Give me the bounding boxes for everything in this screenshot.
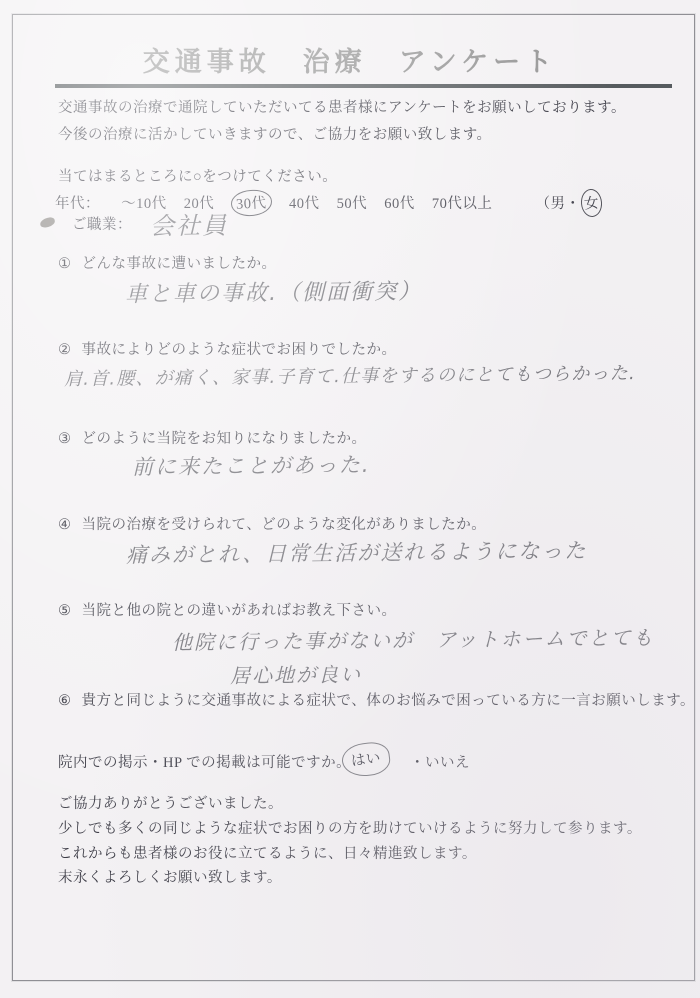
question-2-number: ② (58, 342, 72, 358)
age-label: 年代： (55, 196, 100, 212)
question-3-number: ③ (58, 431, 72, 447)
age-option-60s: 60代 (384, 196, 415, 212)
question-5-text: 当院と他の院との違いがあればお教え下さい。 (82, 603, 397, 619)
closing-line-4: 末永くよろしくお願い致します。 (58, 866, 282, 887)
question-1-text: どんな事故に遭いましたか。 (82, 256, 277, 272)
gender-group: （男・女 (536, 196, 602, 212)
question-6: ⑥貴方と同じように交通事故による症状で、体のお悩みで困っている方に一言お願いしま… (58, 689, 695, 710)
question-3: ③どのように当院をお知りになりましたか。 (58, 427, 367, 448)
age-gender-row: 年代： ～10代 20代 30代 40代 50代 60代 70代以上 （男・女 (55, 189, 602, 217)
age-option-70s-plus: 70代以上 (432, 196, 493, 212)
question-5-answer-line-1: 他院に行った事がないが アットホームでとても (172, 621, 655, 655)
age-option-50s: 50代 (337, 196, 368, 212)
question-3-text: どのように当院をお知りになりましたか。 (82, 431, 367, 447)
gender-female-circled: 女 (579, 188, 602, 218)
question-5-answer-line-2: 居心地が良い (230, 658, 362, 688)
closing-line-1: ご協力ありがとうございました。 (58, 792, 283, 813)
closing-line-3: これからも患者様のお役に立てるように、日々精進致します。 (58, 842, 477, 863)
question-5-number: ⑤ (58, 603, 72, 619)
question-2: ②事故によりどのような症状でお困りでしたか。 (58, 338, 397, 359)
question-1: ①どんな事故に遭いましたか。 (58, 252, 277, 273)
gender-prefix: （男・ (536, 196, 581, 212)
question-4-text: 当院の治療を受けられて、どのような変化がありましたか。 (82, 517, 487, 533)
consent-question: 院内での掲示・HP での掲載は可能ですか。 (58, 751, 351, 772)
question-6-text: 貴方と同じように交通事故による症状で、体のお悩みで困っている方に一言お願いします… (82, 693, 696, 709)
consent-no: いいえ (425, 755, 470, 771)
question-4-answer: 痛みがとれ、日常生活が送れるようになった (126, 535, 588, 570)
page-title: 交通事故 治療 アンケート (0, 40, 700, 79)
age-option-40s: 40代 (289, 196, 320, 212)
question-1-answer: 車と車の事故.（側面衝突） (125, 274, 422, 308)
occupation-answer: 会社員 (150, 206, 228, 242)
consent-no-group: ・いいえ (410, 751, 470, 772)
question-4-number: ④ (58, 517, 72, 533)
title-underline (55, 84, 672, 88)
age-option-30s-circled: 30代 (231, 189, 273, 217)
question-1-number: ① (58, 256, 72, 272)
closing-line-2: 少しでも多くの同じような症状でお困りの方を助けていけるように努力して参ります。 (58, 817, 642, 838)
circle-instruction: 当てはまるところに○をつけてください。 (58, 165, 337, 186)
question-2-text: 事故によりどのような症状でお困りでしたか。 (82, 342, 397, 358)
question-5: ⑤当院と他の院との違いがあればお教え下さい。 (58, 599, 397, 620)
intro-line-2: 今後の治療に活かしていきますので、ご協力をお願い致します。 (58, 123, 492, 144)
question-3-answer: 前に来たことがあった. (132, 449, 371, 481)
consent-separator: ・ (410, 755, 425, 771)
occupation-label: ご職業： (72, 213, 132, 234)
question-4: ④当院の治療を受けられて、どのような変化がありましたか。 (58, 513, 486, 534)
question-6-number: ⑥ (58, 693, 72, 709)
intro-line-1: 交通事故の治療で通院していただいてる患者様にアンケートをお願いしております。 (58, 96, 626, 117)
